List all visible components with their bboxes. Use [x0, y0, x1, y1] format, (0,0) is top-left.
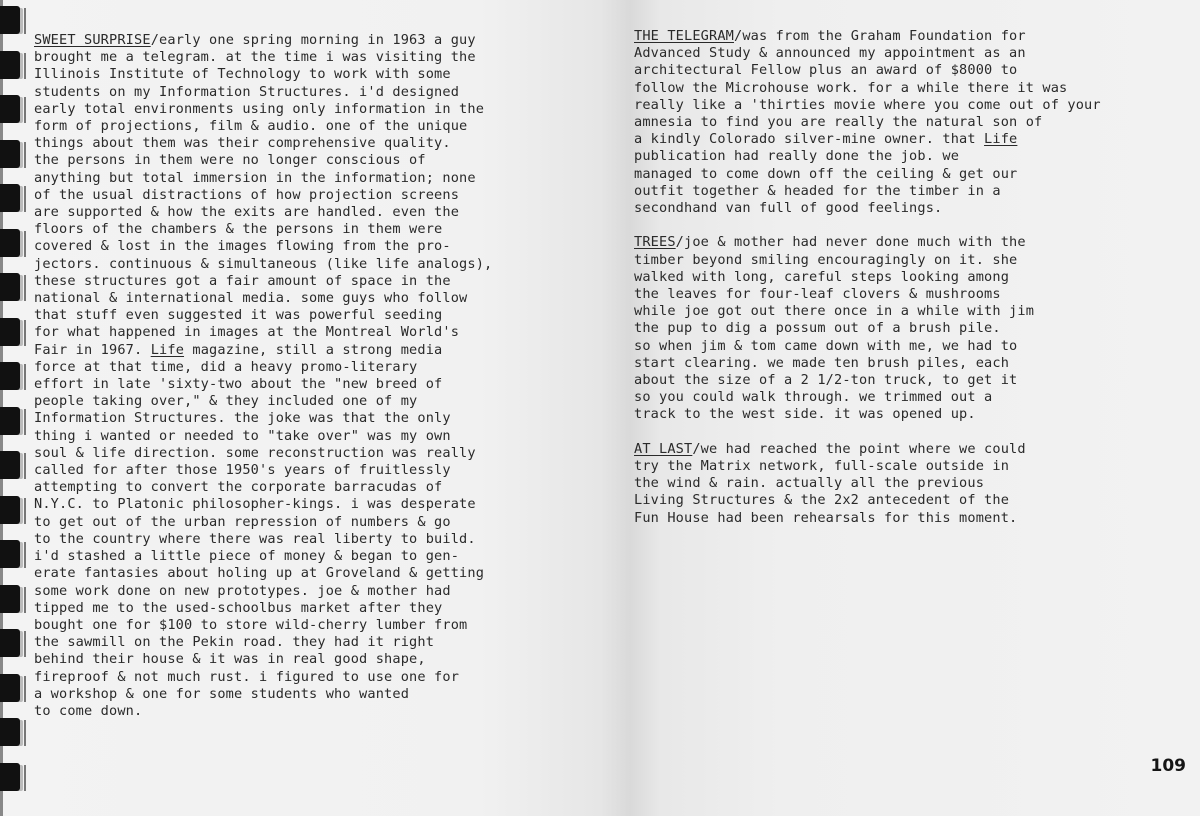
binding-ring: [0, 451, 20, 479]
text-line: follow the Microhouse work. for a while …: [634, 80, 1101, 97]
section-heading: THE TELEGRAM: [634, 28, 734, 44]
text-line: Illinois Institute of Technology to work…: [34, 66, 492, 83]
binding-ring: [0, 318, 20, 346]
text-line: so when jim & tom came down with me, we …: [634, 338, 1101, 355]
text-line: the wind & rain. actually all the previo…: [634, 475, 1101, 492]
text-line: the leaves for four-leaf clovers & mushr…: [634, 286, 1101, 303]
text-line: to come down.: [34, 703, 492, 720]
text-line: people taking over," & they included one…: [34, 393, 492, 410]
text-line: THE TELEGRAM/was from the Graham Foundat…: [634, 28, 1101, 45]
text-line: the sawmill on the Pekin road. they had …: [34, 634, 492, 651]
text-line: outfit together & headed for the timber …: [634, 183, 1101, 200]
text-line: force at that time, did a heavy promo-li…: [34, 359, 492, 376]
text-line: try the Matrix network, full-scale outsi…: [634, 458, 1101, 475]
text-line: bought one for $100 to store wild-cherry…: [34, 617, 492, 634]
text-line: Advanced Study & announced my appointmen…: [634, 45, 1101, 62]
paragraph: THE TELEGRAM/was from the Graham Foundat…: [634, 28, 1101, 217]
text-line: the persons in them were no longer consc…: [34, 152, 492, 169]
text-line: fireproof & not much rust. i figured to …: [34, 669, 492, 686]
text-line: these structures got a fair amount of sp…: [34, 273, 492, 290]
text-line: to the country where there was real libe…: [34, 531, 492, 548]
binding-ring: [0, 229, 20, 257]
binding-ring: [0, 140, 20, 168]
binding-ring: [0, 95, 20, 123]
binding-ring: [0, 407, 20, 435]
text-line: timber beyond smiling encouragingly on i…: [634, 252, 1101, 269]
section-heading: AT LAST: [634, 441, 692, 457]
binding-ring: [0, 51, 20, 79]
right-column: THE TELEGRAM/was from the Graham Foundat…: [634, 28, 1101, 544]
text-line: behind their house & it was in real good…: [34, 651, 492, 668]
paragraph: AT LAST/we had reached the point where w…: [634, 441, 1101, 527]
text-line: secondhand van full of good feelings.: [634, 200, 1101, 217]
text-line: of the usual distractions of how project…: [34, 187, 492, 204]
text-line: publication had really done the job. we: [634, 148, 1101, 165]
binding-ring: [0, 629, 20, 657]
text-line: TREES/joe & mother had never done much w…: [634, 234, 1101, 251]
left-column: SWEET SURPRISE/early one spring morning …: [34, 32, 492, 737]
binding-ring: [0, 362, 20, 390]
text-line: i'd stashed a little piece of money & be…: [34, 548, 492, 565]
text-line: tipped me to the used-schoolbus market a…: [34, 600, 492, 617]
text-line: managed to come down off the ceiling & g…: [634, 166, 1101, 183]
text-line: thing i wanted or needed to "take over" …: [34, 428, 492, 445]
binding-ring: [0, 6, 20, 34]
text-line: early total environments using only info…: [34, 101, 492, 118]
text-line: Fun House had been rehearsals for this m…: [634, 510, 1101, 527]
text-line: a workshop & one for some students who w…: [34, 686, 492, 703]
page-number: 109: [1151, 756, 1187, 776]
section-heading: TREES: [634, 234, 676, 250]
text-line: covered & lost in the images flowing fro…: [34, 238, 492, 255]
text-line: soul & life direction. some reconstructi…: [34, 445, 492, 462]
text-line: attempting to convert the corporate barr…: [34, 479, 492, 496]
text-line: brought me a telegram. at the time i was…: [34, 49, 492, 66]
binding-ring: [0, 540, 20, 568]
text-line: so you could walk through. we trimmed ou…: [634, 389, 1101, 406]
paragraph: TREES/joe & mother had never done much w…: [634, 234, 1101, 423]
text-line: SWEET SURPRISE/early one spring morning …: [34, 32, 492, 49]
text-line: that stuff even suggested it was powerfu…: [34, 307, 492, 324]
text-line: jectors. continuous & simultaneous (like…: [34, 256, 492, 273]
binding-ring: [0, 496, 20, 524]
underlined-title: Life: [984, 131, 1017, 147]
text-line: amnesia to find you are really the natur…: [634, 114, 1101, 131]
underlined-title: Life: [151, 342, 184, 358]
binding-ring: [0, 674, 20, 702]
text-line: students on my Information Structures. i…: [34, 84, 492, 101]
text-line: walked with long, careful steps looking …: [634, 269, 1101, 286]
text-line: things about them was their comprehensiv…: [34, 135, 492, 152]
text-line: about the size of a 2 1/2-ton truck, to …: [634, 372, 1101, 389]
paragraph: SWEET SURPRISE/early one spring morning …: [34, 32, 492, 720]
text-line: Fair in 1967. Life magazine, still a str…: [34, 342, 492, 359]
text-line: a kindly Colorado silver-mine owner. tha…: [634, 131, 1101, 148]
text-line: for what happened in images at the Montr…: [34, 324, 492, 341]
binding-ring: [0, 273, 20, 301]
text-line: track to the west side. it was opened up…: [634, 406, 1101, 423]
text-line: are supported & how the exits are handle…: [34, 204, 492, 221]
text-line: form of projections, film & audio. one o…: [34, 118, 492, 135]
text-line: floors of the chambers & the persons in …: [34, 221, 492, 238]
text-line: Information Structures. the joke was tha…: [34, 410, 492, 427]
binding-ring: [0, 585, 20, 613]
text-line: start clearing. we made ten brush piles,…: [634, 355, 1101, 372]
text-line: the pup to dig a possum out of a brush p…: [634, 320, 1101, 337]
text-line: architectural Fellow plus an award of $8…: [634, 62, 1101, 79]
spiral-binding: [0, 0, 26, 816]
text-line: N.Y.C. to Platonic philosopher-kings. i …: [34, 496, 492, 513]
text-line: anything but total immersion in the info…: [34, 170, 492, 187]
binding-ring: [0, 718, 20, 746]
text-line: really like a 'thirties movie where you …: [634, 97, 1101, 114]
binding-ring: [0, 763, 20, 791]
binding-ring: [0, 184, 20, 212]
text-line: national & international media. some guy…: [34, 290, 492, 307]
text-line: Living Structures & the 2x2 antecedent o…: [634, 492, 1101, 509]
text-line: AT LAST/we had reached the point where w…: [634, 441, 1101, 458]
text-line: called for after those 1950's years of f…: [34, 462, 492, 479]
text-line: effort in late 'sixty-two about the "new…: [34, 376, 492, 393]
text-line: while joe got out there once in a while …: [634, 303, 1101, 320]
text-line: to get out of the urban repression of nu…: [34, 514, 492, 531]
section-heading: SWEET SURPRISE: [34, 32, 151, 48]
text-line: erate fantasies about holing up at Grove…: [34, 565, 492, 582]
text-line: some work done on new prototypes. joe & …: [34, 583, 492, 600]
